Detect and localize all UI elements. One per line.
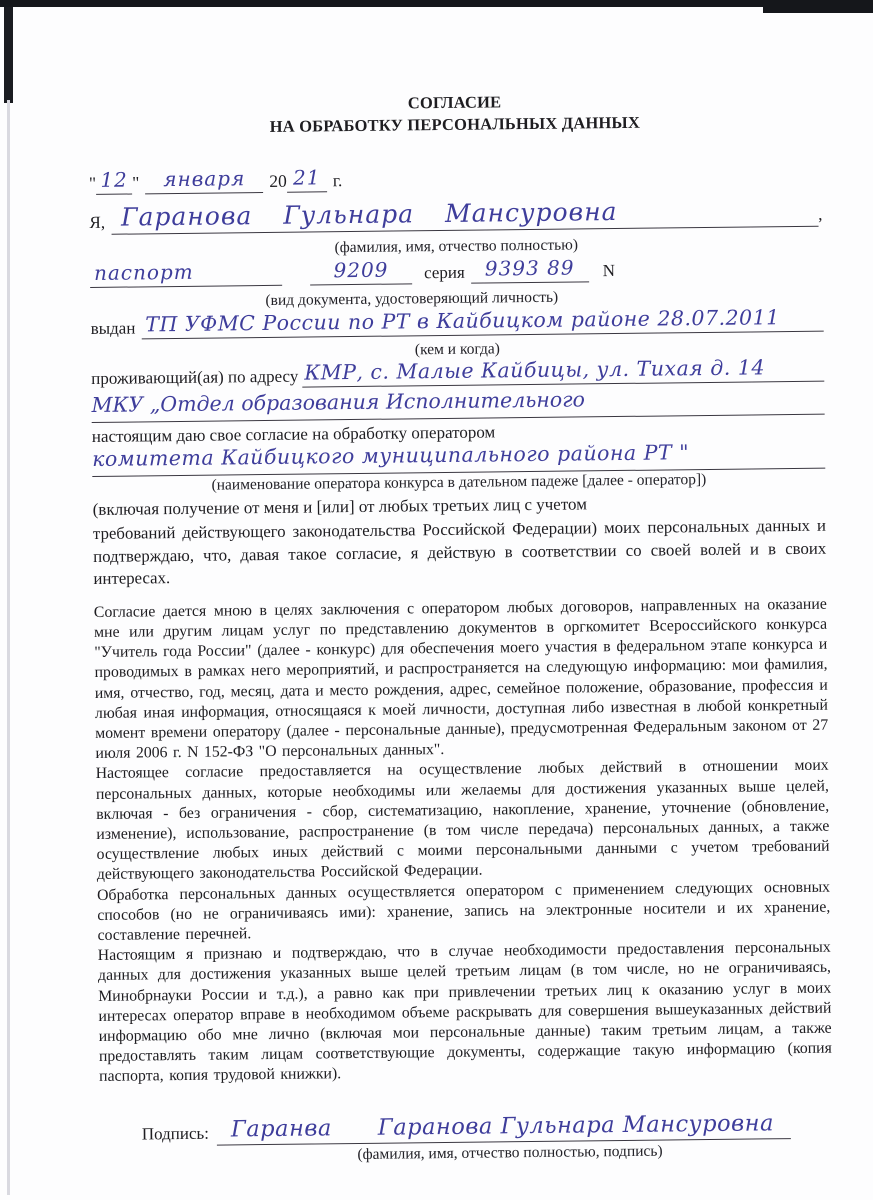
signature-handwritten: Гаранва — [231, 1115, 332, 1142]
signature-name-handwritten: Гаранова Гульнара Мансуровна — [378, 1110, 774, 1140]
name-handwritten: Гаранова Гульнара Мансуровна — [121, 197, 618, 232]
date-year-handwritten: 21 — [293, 165, 321, 189]
passport-series-label: серия — [424, 263, 465, 283]
scan-edge-top — [0, 0, 873, 7]
consent-intro-continuation: требований действующего законодательства… — [93, 515, 827, 591]
body-paragraphs: Согласие дается мною в целях заключения … — [94, 594, 832, 1087]
date-suffix: г. — [333, 170, 343, 191]
address-label: проживающий(ая) по адресу — [91, 367, 298, 389]
scan-edge-left-faint — [7, 100, 10, 1195]
passport-number-handwritten: 9209 — [333, 258, 388, 283]
passport-doc-type-handwritten: паспорт — [94, 260, 194, 285]
document-content: СОГЛАСИЕ НА ОБРАБОТКУ ПЕРСОНАЛЬНЫХ ДАННЫ… — [88, 88, 833, 1167]
passport-series-handwritten: 9393 89 — [485, 255, 575, 280]
date-field: " 12 " января 20 21 г. — [89, 162, 822, 195]
body-paragraph-2: Настоящее согласие предоставляется на ос… — [96, 756, 830, 886]
scanned-document-page: СОГЛАСИЕ НА ОБРАБОТКУ ПЕРСОНАЛЬНЫХ ДАННЫ… — [0, 0, 873, 1200]
date-day-handwritten: 12 — [100, 168, 128, 192]
passport-n-label: N — [603, 261, 616, 281]
date-century: 20 — [269, 171, 287, 192]
address-line2-handwritten: МКУ „Отдел образования Исполнительного — [91, 387, 585, 417]
date-close-quote: " — [132, 172, 139, 193]
signature-label: Подпись: — [142, 1123, 209, 1144]
name-prefix: Я, — [89, 213, 105, 233]
issued-label: выдан — [91, 318, 136, 339]
name-trailing-comma: , — [818, 205, 822, 225]
scan-edge-left — [4, 7, 13, 103]
date-month-handwritten: января — [163, 166, 245, 191]
document-title: СОГЛАСИЕ НА ОБРАБОТКУ ПЕРСОНАЛЬНЫХ ДАННЫ… — [88, 88, 821, 140]
scan-edge-top-right — [763, 0, 873, 13]
body-paragraph-1: Согласие дается мною в целях заключения … — [94, 594, 829, 764]
body-paragraph-3: Обработка персональных данных осуществля… — [97, 877, 831, 946]
body-paragraph-4: Настоящим я признаю и подтверждаю, что в… — [98, 938, 833, 1088]
address-handwritten: КМР, с. Малые Кайбицы, ул. Тихая д. 14 — [304, 355, 765, 384]
